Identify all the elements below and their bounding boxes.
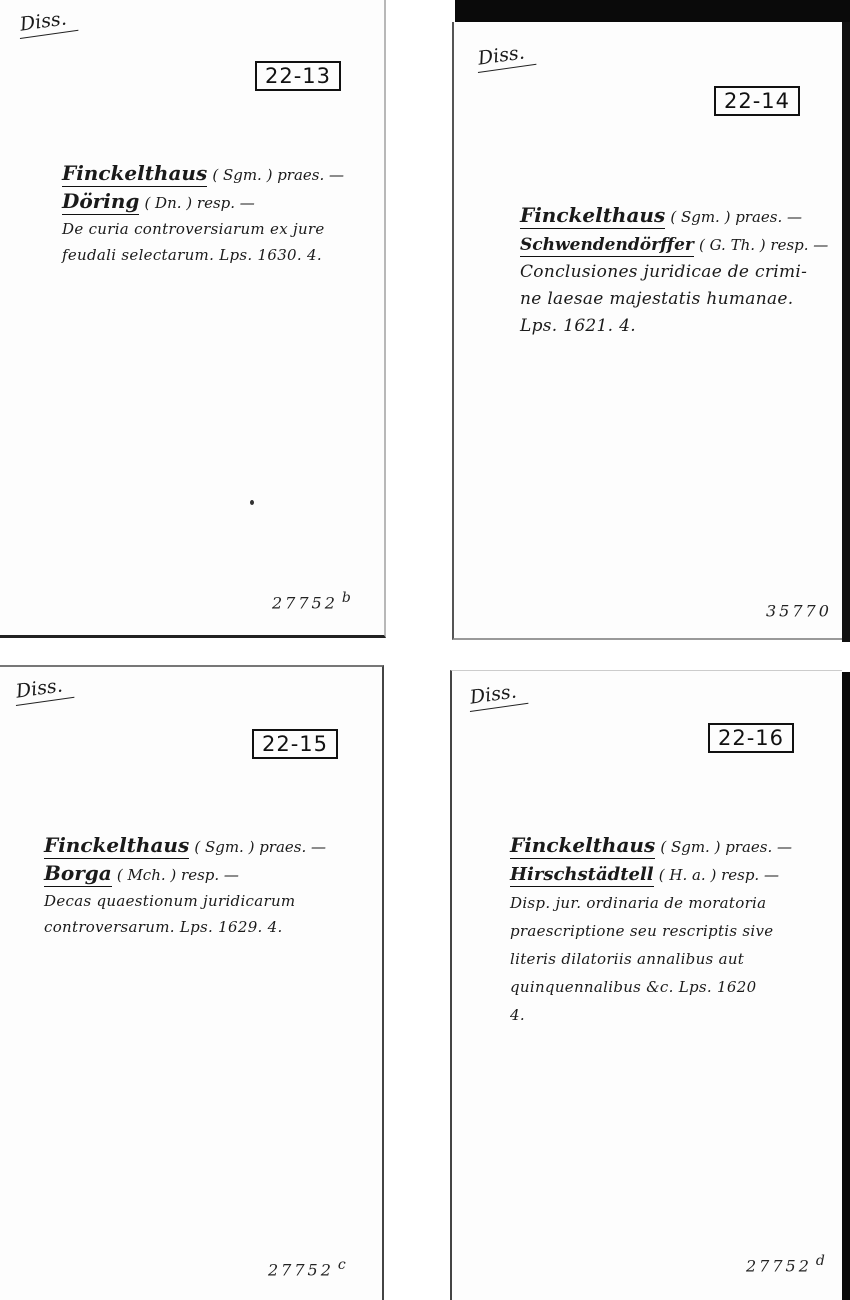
shelf-number-value: 27752 [268,1260,334,1279]
catalog-entry: Finckelthaus ( Sgm. ) praes. — Döring ( … [62,160,344,268]
shelf-suffix: b [342,590,351,606]
praeses-name: Finckelthaus [520,203,665,229]
respondent-initials: ( G. Th. ) resp. — [699,236,828,254]
respondent-initials: ( H. a. ) resp. — [659,866,779,884]
respondent-name: Borga [44,861,112,887]
catalog-entry: Finckelthaus ( Sgm. ) praes. — Borga ( M… [44,832,326,940]
scan-border-right-lower [842,672,850,1300]
catalog-card-22-13: Diss. 22-13 Finckelthaus ( Sgm. ) praes.… [0,0,386,638]
title-line: controversarum. Lps. 1629. 4. [44,914,326,940]
title-line: 4. [510,1001,792,1029]
shelf-number-value: 35770 [766,601,832,620]
title-line: literis dilatoriis annalibus aut [510,945,792,973]
title-line: praescriptione seu rescriptis sive [510,917,792,945]
shelf-suffix: d [816,1253,825,1269]
title-line: Decas quaestionum juridicarum [44,888,326,914]
praeses-initials: ( Sgm. ) praes. — [670,208,802,226]
title-line: Conclusiones juridicae de crimi- [520,259,828,286]
shelf-number: 27752b [272,590,351,612]
scan-speck [250,500,254,505]
praeses-initials: ( Sgm. ) praes. — [660,838,792,856]
call-number: 22-15 [252,729,338,759]
shelf-suffix: c [338,1257,346,1273]
shelf-number: 27752c [268,1257,346,1279]
call-number: 22-14 [714,86,800,116]
shelf-number-value: 27752 [272,593,338,612]
title-line: quinquennalibus &c. Lps. 1620 [510,973,792,1001]
respondent-name: Schwendendörffer [520,235,694,257]
title-line: Disp. jur. ordinaria de moratoria [510,889,792,917]
praeses-name: Finckelthaus [44,833,189,859]
catalog-card-22-16: Diss. 22-16 Finckelthaus ( Sgm. ) praes.… [450,670,842,1300]
call-number: 22-13 [255,61,341,91]
praeses-name: Finckelthaus [62,161,207,187]
catalog-card-22-15: Diss. 22-15 Finckelthaus ( Sgm. ) praes.… [0,665,384,1300]
call-number: 22-16 [708,723,794,753]
diss-label: Diss. [475,40,537,73]
catalog-entry: Finckelthaus ( Sgm. ) praes. — Schwenden… [520,202,828,340]
praeses-initials: ( Sgm. ) praes. — [212,166,344,184]
diss-label: Diss. [13,673,75,706]
title-line: De curia controversiarum ex jure [62,216,344,242]
respondent-initials: ( Mch. ) resp. — [117,866,239,884]
respondent-name: Döring [62,189,139,215]
shelf-number-value: 27752 [746,1256,812,1275]
praeses-name: Finckelthaus [510,833,655,859]
diss-label: Diss. [467,679,529,712]
title-line: feudali selectarum. Lps. 1630. 4. [62,242,344,268]
diss-label: Diss. [17,6,79,39]
catalog-card-22-14: Diss. 22-14 Finckelthaus ( Sgm. ) praes.… [452,22,842,640]
respondent-name: Hirschstädtell [510,864,654,887]
shelf-number: 27752d [746,1253,825,1275]
title-line: Lps. 1621. 4. [520,313,828,340]
scan-border-right-upper [842,22,850,642]
scan-border-top [455,0,850,22]
catalog-entry: Finckelthaus ( Sgm. ) praes. — Hirschstä… [510,831,792,1029]
shelf-number: 35770 [766,598,836,620]
praeses-initials: ( Sgm. ) praes. — [194,838,326,856]
respondent-initials: ( Dn. ) resp. — [144,194,254,212]
title-line: ne laesae majestatis humanae. [520,286,828,313]
